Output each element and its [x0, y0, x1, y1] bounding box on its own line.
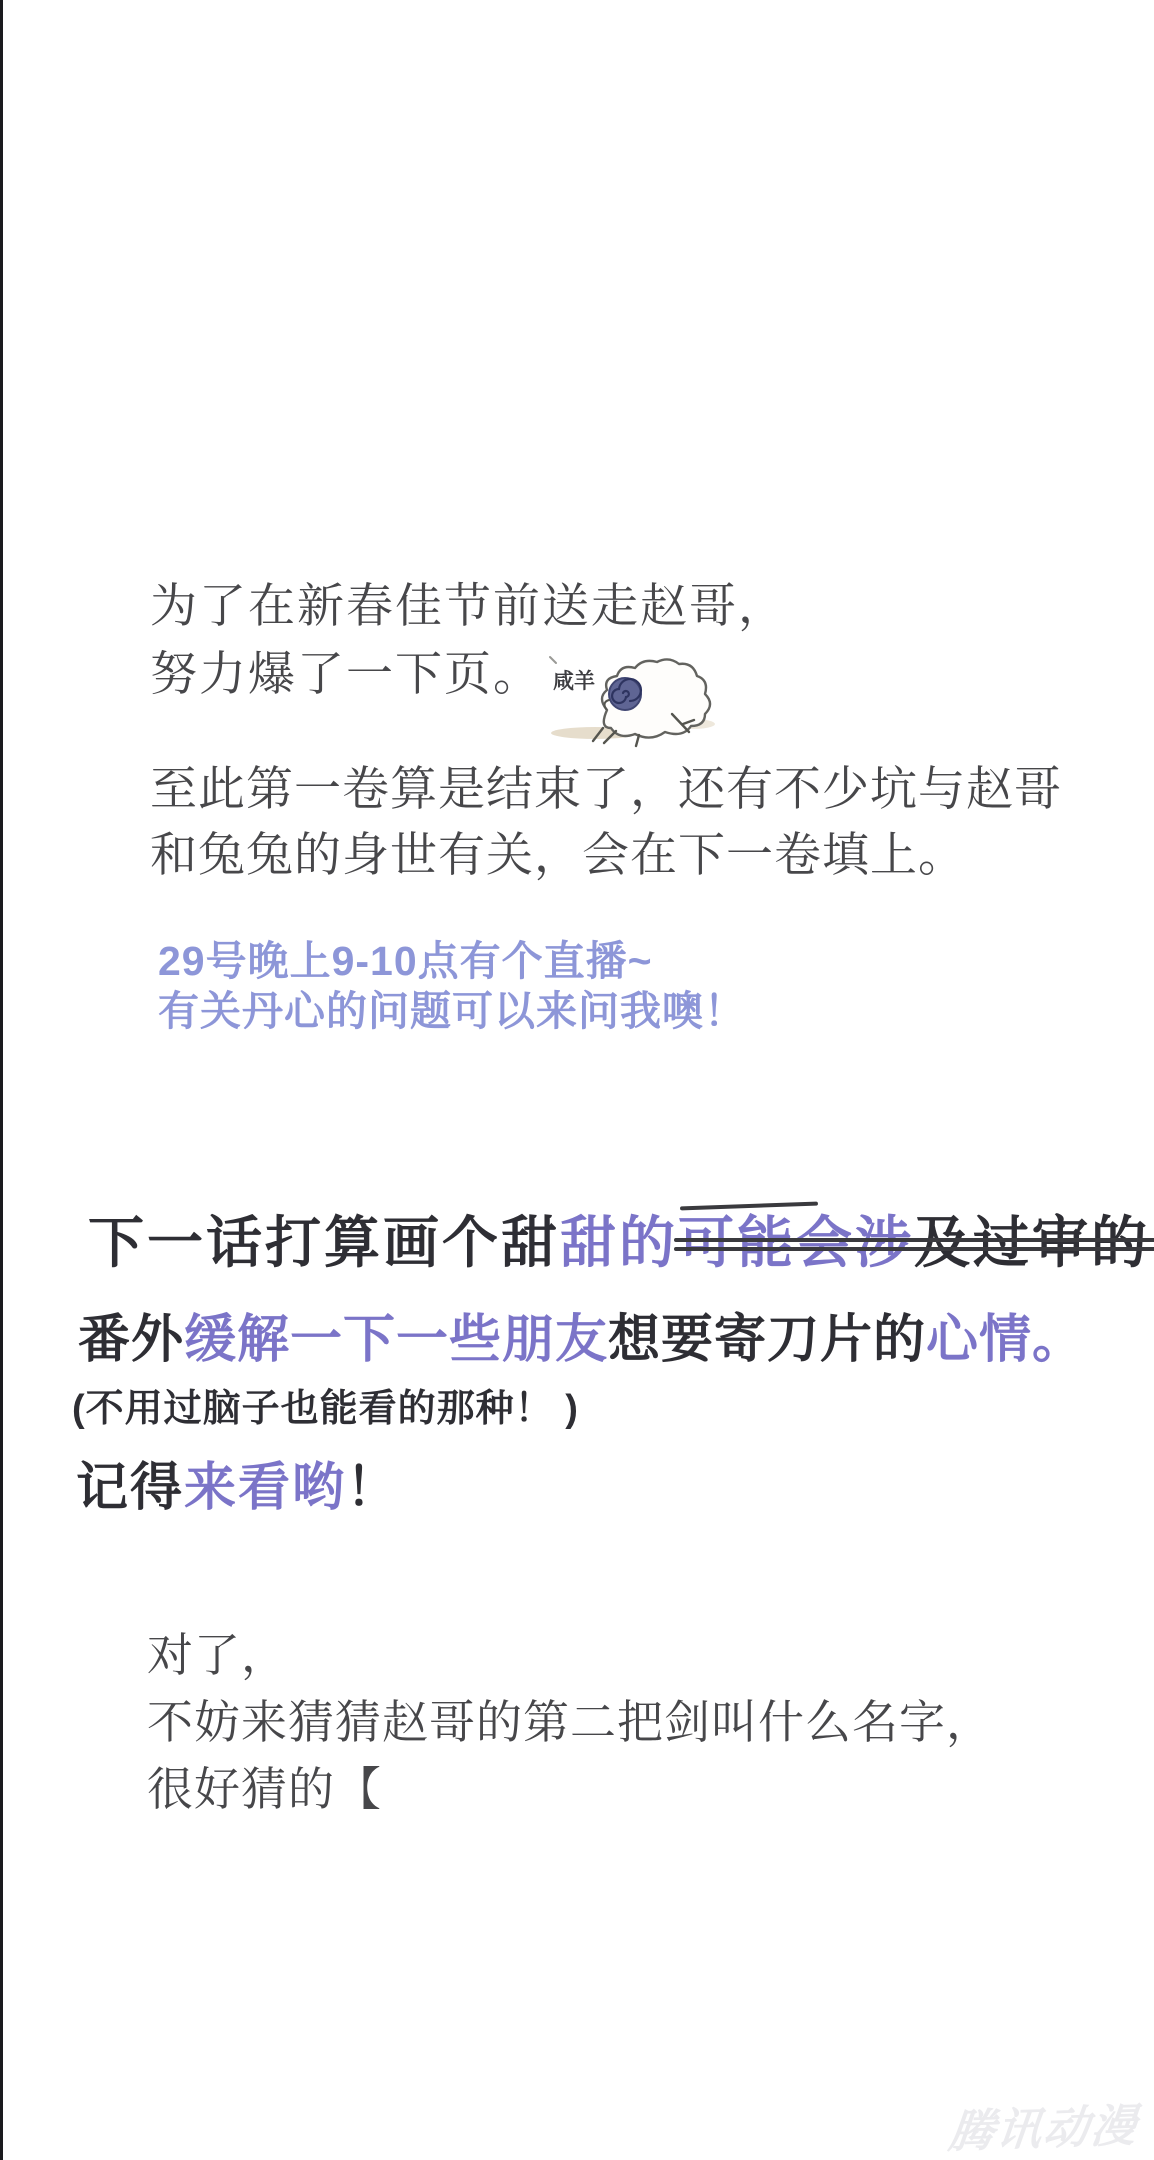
- text-segment: 下一话打算画个甜: [88, 1211, 560, 1274]
- text-segment: 番外: [78, 1311, 184, 1369]
- text-segment: 甜: [560, 1211, 619, 1274]
- sheep-drawing: 咸羊: [543, 648, 718, 748]
- announcement-parenthetical: (不用过脑子也能看的那种！ ): [72, 1384, 579, 1434]
- text-segment: 来看哟: [184, 1459, 346, 1517]
- livestream-line-2: 有关丹心的问题可以来问我噢！: [158, 986, 746, 1036]
- livestream-line-1: 29号晚上9-10点有个直播~: [158, 936, 746, 986]
- volume-note: 至此第一卷算是结束了，还有不少坑与赵哥 和兔兔的身世有关，会在下一卷填上。: [150, 756, 1062, 888]
- announcement-reminder: 记得来看哟！: [76, 1455, 400, 1521]
- scribble-dash: [680, 1202, 818, 1211]
- guess-line-1: 对了，: [147, 1622, 993, 1689]
- text-segment: 涉: [855, 1211, 914, 1274]
- tencent-comics-watermark: 腾讯动漫: [946, 2089, 1142, 2160]
- sheep-horn-spiral: [609, 678, 641, 710]
- guess-line-3: 很好猜的【: [147, 1756, 993, 1823]
- guess-line-2: 不妨来猜猜赵哥的第二把剑叫什么名字，: [147, 1689, 993, 1756]
- announcement-line-2: 番外缓解一下一些朋友想要寄刀片的心情。: [78, 1308, 1085, 1372]
- volume-line-2: 和兔兔的身世有关，会在下一卷填上。: [150, 822, 1062, 888]
- text-segment: 可能会: [678, 1211, 855, 1274]
- sheep-label: 咸羊: [553, 669, 595, 693]
- left-edge-line: [0, 0, 3, 2160]
- comic-afterword-page: 为了在新春佳节前送走赵哥， 努力爆了一下页。 咸羊 至此第一卷算是结束了，还有不…: [0, 0, 1154, 2160]
- struck-text-content: 可能会涉及过审的: [678, 1211, 1150, 1274]
- text-segment: 记得: [76, 1459, 184, 1517]
- text-segment: 心情。: [926, 1311, 1085, 1369]
- volume-line-1: 至此第一卷算是结束了，还有不少坑与赵哥: [150, 756, 1062, 822]
- struck-out-text: 可能会涉及过审的: [678, 1208, 1150, 1278]
- intro-line-1: 为了在新春佳节前送走赵哥，: [150, 572, 787, 640]
- text-segment: 及过审的: [914, 1211, 1150, 1274]
- text-segment: 的: [619, 1211, 678, 1274]
- announcement-line-1: 下一话打算画个甜甜的可能会涉及过审的: [88, 1208, 1150, 1278]
- sheep-sketch-tick: [550, 657, 556, 663]
- text-segment: 缓解一下一些朋友: [184, 1311, 608, 1369]
- text-segment: 想要寄刀片的: [608, 1311, 926, 1369]
- text-segment: ！: [346, 1459, 400, 1517]
- guess-note: 对了， 不妨来猜猜赵哥的第二把剑叫什么名字， 很好猜的【: [147, 1622, 993, 1823]
- sheep-illustration: 咸羊: [543, 648, 718, 748]
- livestream-note: 29号晚上9-10点有个直播~ 有关丹心的问题可以来问我噢！: [158, 936, 746, 1036]
- announcement-line-1-text: 下一话打算画个甜甜的: [88, 1211, 678, 1274]
